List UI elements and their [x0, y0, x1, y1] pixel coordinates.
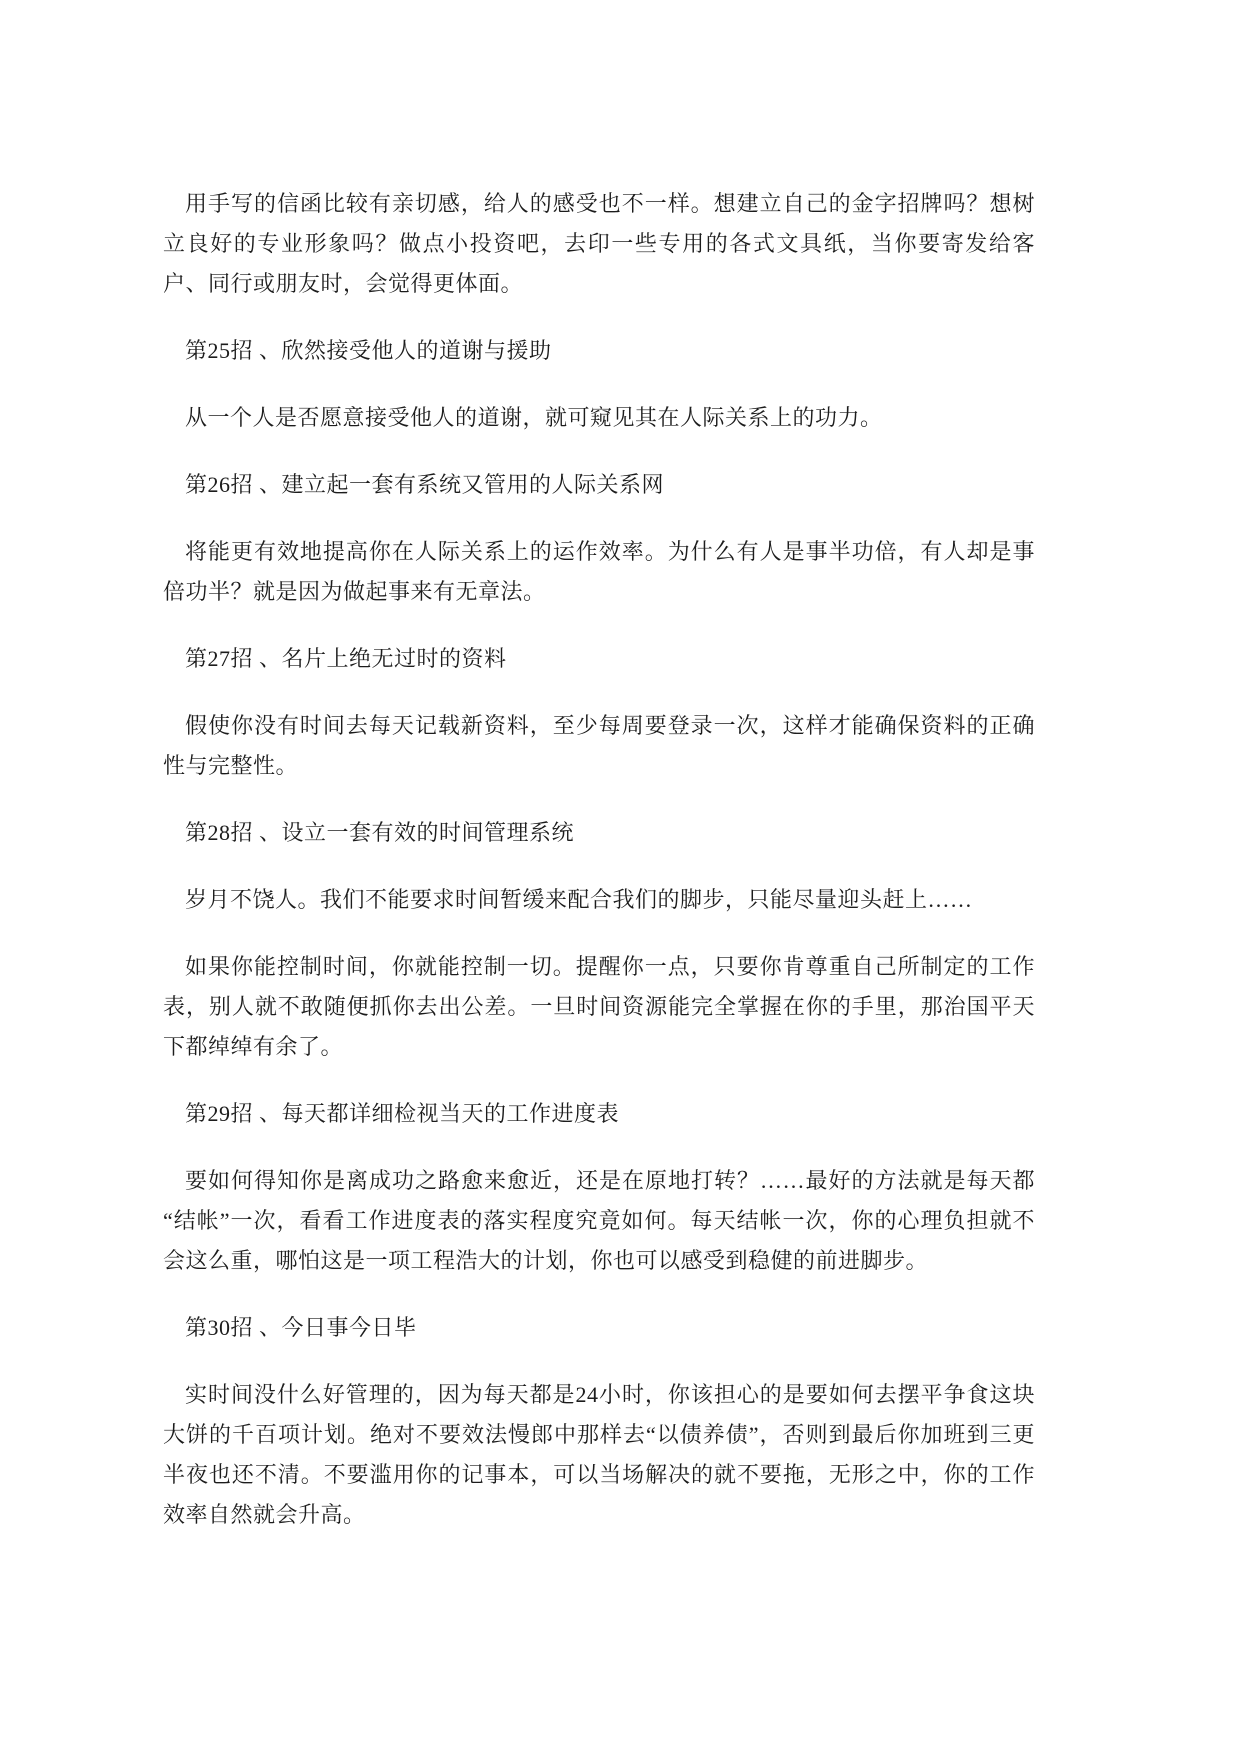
- section-heading-29: 第29招 、每天都详细检视当天的工作进度表: [163, 1094, 1035, 1134]
- section-heading-30: 第30招 、今日事今日毕: [163, 1308, 1035, 1348]
- section-heading-28: 第28招 、设立一套有效的时间管理系统: [163, 813, 1035, 853]
- body-paragraph: 实时间没什么好管理的，因为每天都是24小时，你该担心的是要如何去摆平争食这块大饼…: [163, 1375, 1035, 1535]
- section-heading-26: 第26招 、建立起一套有系统又管用的人际关系网: [163, 465, 1035, 505]
- body-paragraph: 假使你没有时间去每天记载新资料，至少每周要登录一次，这样才能确保资料的正确性与完…: [163, 706, 1035, 786]
- body-paragraph: 从一个人是否愿意接受他人的道谢，就可窥见其在人际关系上的功力。: [163, 398, 1035, 438]
- body-paragraph: 如果你能控制时间，你就能控制一切。提醒你一点，只要你肯尊重自己所制定的工作表，别…: [163, 947, 1035, 1067]
- body-paragraph: 将能更有效地提高你在人际关系上的运作效率。为什么有人是事半功倍，有人却是事倍功半…: [163, 532, 1035, 612]
- document-page: 用手写的信函比较有亲切感，给人的感受也不一样。想建立自己的金字招牌吗？想树立良好…: [0, 0, 1241, 1754]
- document-text-column: 用手写的信函比较有亲切感，给人的感受也不一样。想建立自己的金字招牌吗？想树立良好…: [163, 184, 1035, 1535]
- section-heading-25: 第25招 、欣然接受他人的道谢与援助: [163, 331, 1035, 371]
- body-paragraph: 要如何得知你是离成功之路愈来愈近，还是在原地打转？……最好的方法就是每天都“结帐…: [163, 1161, 1035, 1281]
- section-heading-27: 第27招 、名片上绝无过时的资料: [163, 639, 1035, 679]
- body-paragraph: 岁月不饶人。我们不能要求时间暂缓来配合我们的脚步，只能尽量迎头赶上……: [163, 880, 1035, 920]
- body-paragraph: 用手写的信函比较有亲切感，给人的感受也不一样。想建立自己的金字招牌吗？想树立良好…: [163, 184, 1035, 304]
